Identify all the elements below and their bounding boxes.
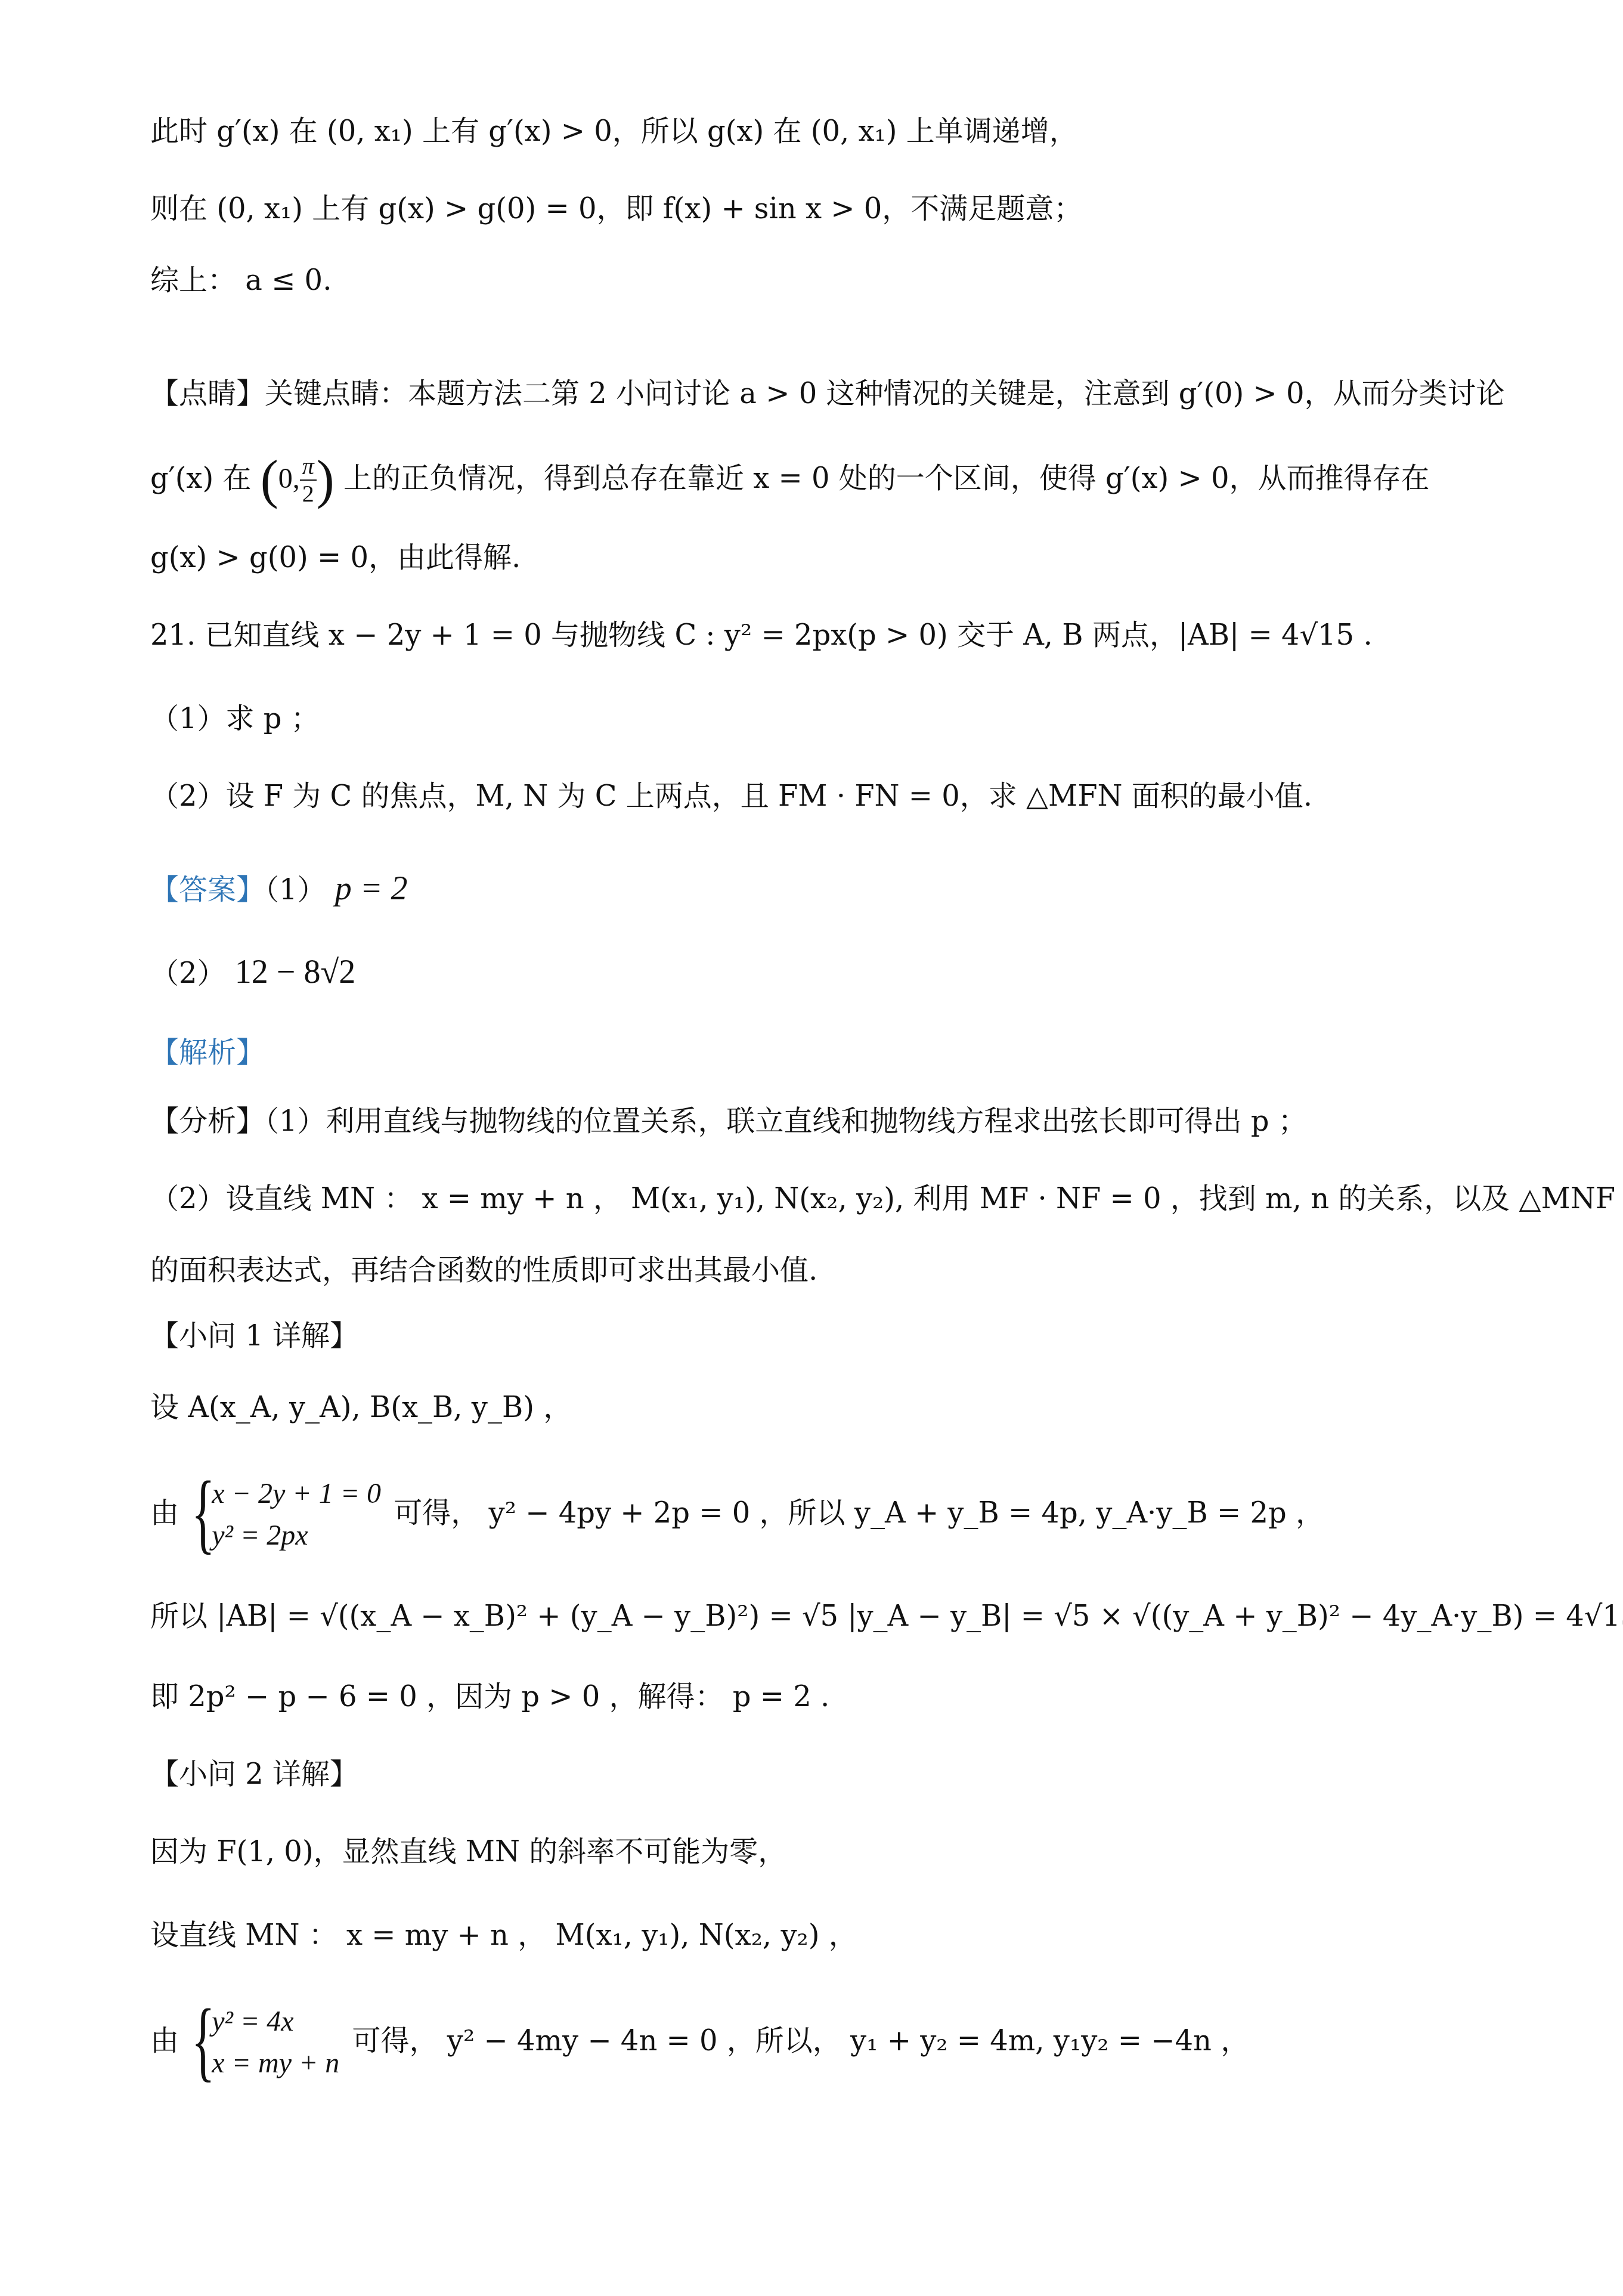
sub-question-1-line: 即 2p² − p − 6 = 0 ，因为 p > 0 ，解得： p = 2 . bbox=[150, 1679, 829, 1715]
question-21-stem: 21. 已知直线 x − 2y + 1 = 0 与抛物线 C : y² = 2p… bbox=[150, 617, 1373, 653]
system-row-2: y² = 2px bbox=[212, 1515, 381, 1557]
answer-line-2: （2） 12 − 8√2 bbox=[150, 954, 355, 991]
system-row-1: y² = 4x bbox=[212, 2001, 339, 2043]
question-21-part-2: （2）设 F 为 C 的焦点，M, N 为 C 上两点，且 FM · FN = … bbox=[150, 778, 1312, 814]
left-brace-icon: { bbox=[191, 1996, 215, 2085]
system-result: 可得， y² − 4my − 4n = 0 ，所以， y₁ + y₂ = 4m,… bbox=[352, 2024, 1250, 2057]
sub-question-2-system-line: 由 { y² = 4x x = my + n 可得， y² − 4my − 4n… bbox=[150, 2001, 1249, 2084]
question-21-part-1: （1）求 p ； bbox=[150, 701, 320, 737]
sub-question-2-title: 【小问 2 详解】 bbox=[150, 1756, 358, 1792]
answer-part-1-prefix: （1） bbox=[265, 873, 326, 906]
text-line: 则在 (0, x₁) 上有 g(x) > g(0) = 0，即 f(x) + s… bbox=[150, 191, 1082, 227]
system-row-1: x − 2y + 1 = 0 bbox=[212, 1473, 381, 1515]
analysis-summary: 的面积表达式，再结合函数的性质即可求出其最小值. bbox=[150, 1252, 817, 1288]
analysis-summary: （2）设直线 MN ： x = my + n ， M(x₁, y₁), N(x₂… bbox=[150, 1181, 1615, 1217]
fraction-pi-over-2: π2 bbox=[300, 453, 317, 507]
sub-question-2-line: 因为 F(1, 0)，显然直线 MN 的斜率不可能为零， bbox=[150, 1834, 786, 1870]
left-brace-icon: { bbox=[191, 1468, 215, 1558]
answer-line-1: 【答案】（1） p = 2 bbox=[150, 871, 408, 908]
equation-system: { y² = 4x x = my + n bbox=[191, 2001, 339, 2084]
system-prefix: 由 bbox=[150, 2024, 179, 2057]
interval-zero: 0, bbox=[278, 463, 300, 494]
system-row-2: x = my + n bbox=[212, 2043, 339, 2084]
analysis-label: 【解析】 bbox=[150, 1035, 265, 1070]
key-point-line: g(x) > g(0) = 0，由此得解. bbox=[150, 540, 521, 575]
key-point-text: g′(x) 在 bbox=[150, 462, 251, 495]
answer-part-2-prefix: （2） bbox=[150, 957, 226, 990]
key-point-line: 【点睛】关键点睛：本题方法二第 2 小问讨论 a > 0 这种情况的关键是，注意… bbox=[150, 376, 1505, 411]
system-prefix: 由 bbox=[150, 1496, 179, 1530]
sub-question-1-title: 【小问 1 详解】 bbox=[150, 1318, 358, 1354]
sub-question-1-line: 设 A(x_A, y_A), B(x_B, y_B) ， bbox=[150, 1390, 572, 1425]
text-line: 此时 g′(x) 在 (0, x₁) 上有 g′(x) > 0，所以 g(x) … bbox=[150, 113, 1078, 149]
answer-part-2-value: 12 − 8√2 bbox=[235, 954, 355, 991]
answer-label: 【答案】 bbox=[150, 873, 265, 906]
conclusion-line: 综上： a ≤ 0. bbox=[150, 262, 332, 298]
fraction-denominator: 2 bbox=[300, 481, 317, 507]
sub-question-1-line: 所以 |AB| = √((x_A − x_B)² + (y_A − y_B)²)… bbox=[150, 1598, 1623, 1634]
key-point-line: g′(x) 在 (0,π2) 上的正负情况，得到总存在靠近 x = 0 处的一个… bbox=[150, 453, 1430, 507]
sub-question-2-line: 设直线 MN ： x = my + n ， M(x₁, y₁), N(x₂, y… bbox=[150, 1917, 857, 1953]
sub-question-1-system-line: 由 { x − 2y + 1 = 0 y² = 2px 可得， y² − 4py… bbox=[150, 1473, 1324, 1557]
answer-part-1-value: p = 2 bbox=[335, 870, 408, 907]
key-point-text: 上的正负情况，得到总存在靠近 x = 0 处的一个区间，使得 g′(x) > 0… bbox=[343, 462, 1430, 495]
interval-close-paren: ) bbox=[317, 450, 334, 509]
analysis-summary: 【分析】（1）利用直线与抛物线的位置关系，联立直线和抛物线方程求出弦长即可得出 … bbox=[150, 1103, 1307, 1139]
interval-open-paren: ( bbox=[261, 450, 278, 509]
fraction-numerator: π bbox=[300, 453, 317, 481]
system-result: 可得， y² − 4py + 2p = 0 ，所以 y_A + y_B = 4p… bbox=[394, 1496, 1324, 1530]
equation-system: { x − 2y + 1 = 0 y² = 2px bbox=[191, 1473, 381, 1557]
